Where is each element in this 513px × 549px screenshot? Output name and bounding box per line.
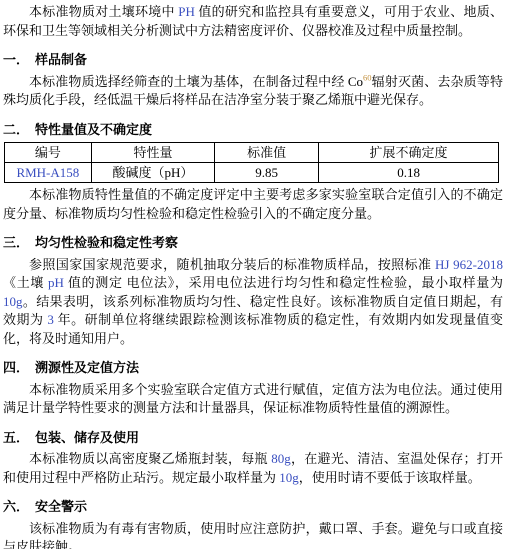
sec3-p0-seg-4: 值的测定 电位法》，采用电位法进行均匀性和稳定性检验，最小取样量为 [64,275,503,290]
section-heading-5: 五．包装、储存及使用 [3,429,503,448]
section-title: 样品制备 [35,52,87,67]
section-heading-2: 二．特性量值及不确定度 [3,121,503,140]
sec3-p0-seg-3: pH [48,275,64,290]
section-heading-4: 四．溯源性及定值方法 [3,359,503,378]
section-title: 安全警示 [35,499,87,514]
tbl-r0-c3-seg-0: 0.18 [397,165,420,180]
sec3-p0-seg-1: HJ 962-2018 [435,257,503,272]
sec1-p0-seg-0: 本标准物质选择经筛查的土壤为基体，在制备过程中经 [29,74,348,89]
section-4-paragraph: 本标准物质采用多个实验室联合定值方式进行赋值，定值方法为电位法。通过使用满足计量… [3,381,503,418]
sec6-p0-seg-0: 该标准物质为有毒有害物质，使用时应注意防护，戴口罩、手套。避免与口或直接与皮肤接… [3,521,503,549]
table-header-row: 编号特性量标准值扩展不确定度 [5,143,499,163]
section-1-paragraph: 本标准物质选择经筛查的土壤为基体，在制备过程中经 Co60辐射灭菌、去杂质等特殊… [3,73,503,110]
section-title: 均匀性检验和稳定性考察 [35,235,178,250]
sec5-p0-seg-4: ，使用时请不要低于该取样量。 [299,470,481,485]
section-heading-1: 一．样品制备 [3,51,503,70]
table-cell: 0.18 [319,163,499,183]
section-6-paragraph: 该标准物质为有毒有害物质，使用时应注意防护，戴口罩、手套。避免与口或直接与皮肤接… [3,520,503,549]
intro-paragraph: 本标准物质对土壤环境中 PH 值的研究和监控具有重要意义，可用于农业、地质、环保… [3,3,503,40]
reference-material-table: 编号特性量标准值扩展不确定度RMH-A158酸碱度（pH）9.850.18 [4,142,499,183]
sec5-p0-seg-1: 80g [271,451,291,466]
sec4-p0-seg-0: 本标准物质采用多个实验室联合定值方式进行赋值，定值方法为电位法。通过使用满足计量… [3,382,503,416]
sec1-p0-seg-1: Co [348,74,363,89]
sec3-p0-seg-0: 参照国家国家规范要求，随机抽取分装后的标准物质样品，按照标准 [29,257,435,272]
table-header-cell: 扩展不确定度 [319,143,499,163]
intro-seg-1: PH [178,4,195,19]
section-number: 三． [3,234,35,253]
section-3-paragraph: 参照国家国家规范要求，随机抽取分装后的标准物质样品，按照标准 HJ 962-20… [3,256,503,349]
section-title: 溯源性及定值方法 [35,360,139,375]
tbl-r0-c1-seg-0: 酸碱度（pH） [113,165,194,180]
sec5-p0-seg-0: 本标准物质以高密度聚乙烯瓶封装，每瓶 [29,451,271,466]
section-2-paragraph: 本标准物质特性量值的不确定度评定中主要考虑多家实验室联合定值引入的不确定度分量、… [3,186,503,223]
section-number: 二． [3,121,35,140]
table-header-cell: 标准值 [215,143,319,163]
table-header-cell: 编号 [5,143,92,163]
sec5-p0-seg-3: 10g [279,470,299,485]
section-heading-6: 六．安全警示 [3,498,503,517]
section-number: 五． [3,429,35,448]
table-cell: 9.85 [215,163,319,183]
sec3-p0-seg-5: 10g [3,294,23,309]
section-heading-3: 三．均匀性检验和稳定性考察 [3,234,503,253]
section-5-paragraph: 本标准物质以高密度聚乙烯瓶封装，每瓶 80g，在避光、清洁、室温处保存；打开和使… [3,450,503,487]
table-row: RMH-A158酸碱度（pH）9.850.18 [5,163,499,183]
table-cell: 酸碱度（pH） [91,163,215,183]
table-header-cell: 特性量 [91,143,215,163]
tbl-r0-c0-seg-0: RMH-A158 [16,165,79,180]
tbl-r0-c2-seg-0: 9.85 [255,165,278,180]
document-page: 本标准物质对土壤环境中 PH 值的研究和监控具有重要意义，可用于农业、地质、环保… [0,0,513,549]
section-number: 六． [3,498,35,517]
sec2-p1-seg-0: 本标准物质特性量值的不确定度评定中主要考虑多家实验室联合定值引入的不确定度分量、… [3,187,503,221]
section-title: 特性量值及不确定度 [35,122,152,137]
table-cell: RMH-A158 [5,163,92,183]
section-number: 一． [3,51,35,70]
sec3-p0-seg-2: 《土壤 [3,275,48,290]
sec3-p0-seg-8: 年。研制单位将继续跟踪检测该标准物质的稳定性，有效期内如发现量值变化，将及时通知… [3,312,503,346]
intro-seg-0: 本标准物质对土壤环境中 [29,4,178,19]
section-number: 四． [3,359,35,378]
sec1-p0-seg-2: 60 [363,72,372,82]
section-title: 包装、储存及使用 [35,430,139,445]
